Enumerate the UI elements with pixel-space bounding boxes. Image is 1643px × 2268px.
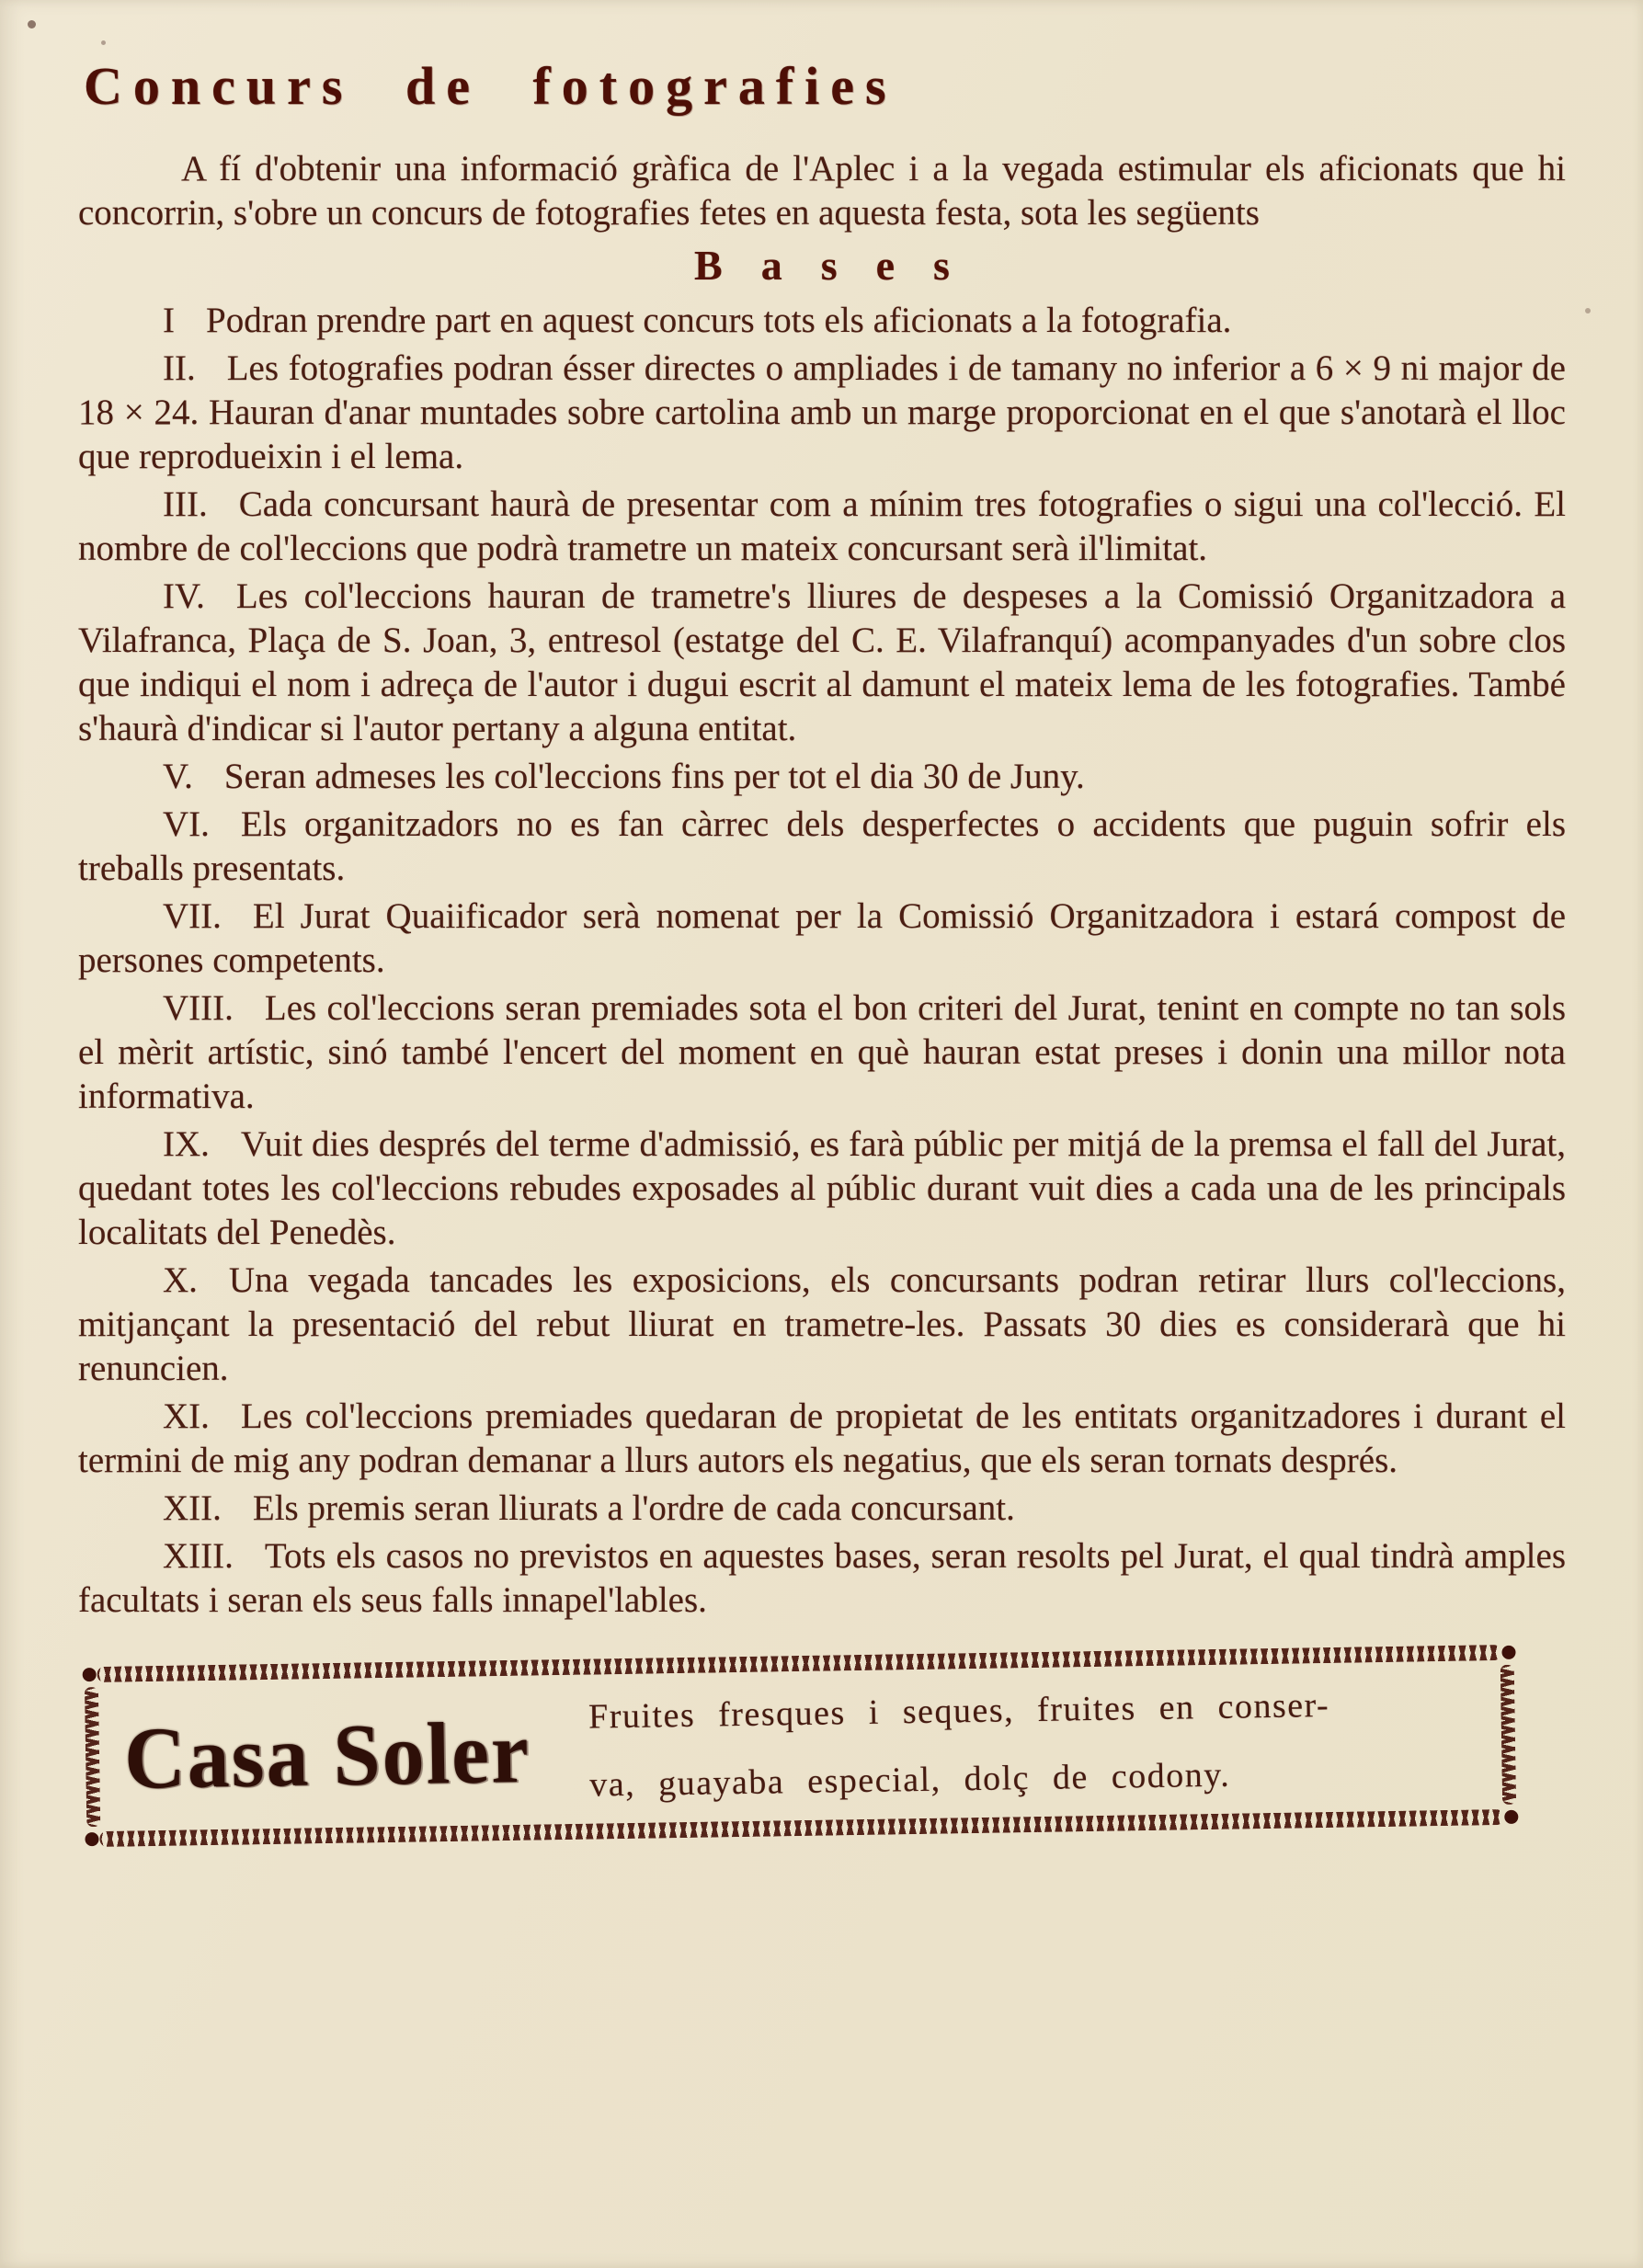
border-corner-dot <box>1501 1646 1515 1659</box>
border-corner-dot <box>1504 1810 1518 1824</box>
base-numeral: II. <box>163 348 227 388</box>
base-numeral: XII. <box>163 1488 253 1528</box>
base-text: Les col'leccions premiades quedaran de p… <box>78 1396 1566 1480</box>
advertisement-text: Fruites fresques i seques, fruites en co… <box>588 1669 1473 1818</box>
base-numeral: III. <box>163 484 239 524</box>
base-text: Els premis seran lliurats a l'ordre de c… <box>253 1488 1015 1528</box>
document-content: Concurs de fotografies A fí d'obtenir un… <box>78 57 1566 1836</box>
paper-speck <box>28 20 36 28</box>
base-item-7: VII.El Jurat Quaiificador serà nomenat p… <box>78 895 1566 983</box>
base-item-2: II.Les fotografies podran ésser directes… <box>78 347 1566 479</box>
intro-paragraph: A fí d'obtenir una informació gràfica de… <box>78 147 1566 235</box>
base-numeral: I <box>163 301 206 340</box>
border-corner-dot <box>83 1668 97 1681</box>
base-item-12: XII.Els premis seran lliurats a l'ordre … <box>78 1487 1566 1531</box>
base-numeral: VI. <box>163 804 241 844</box>
base-numeral: XI. <box>163 1396 241 1436</box>
base-text: Tots els casos no previstos en aquestes … <box>78 1536 1566 1620</box>
base-numeral: XIII. <box>163 1536 265 1576</box>
base-text: Vuit dies després del terme d'admissió, … <box>78 1124 1566 1252</box>
scanned-document-page: Concurs de fotografies A fí d'obtenir un… <box>0 0 1643 2268</box>
base-text: Una vegada tancades les exposicions, els… <box>78 1260 1566 1388</box>
base-item-3: III.Cada concursant haurà de presentar c… <box>78 483 1566 571</box>
base-item-13: XIII.Tots els casos no previstos en aque… <box>78 1534 1566 1623</box>
paper-speck <box>1585 308 1591 313</box>
base-item-10: X.Una vegada tancades les exposicions, e… <box>78 1259 1566 1391</box>
base-text: Les fotografies podran ésser directes o … <box>78 348 1566 476</box>
base-item-4: IV.Les col'leccions hauran de trametre's… <box>78 575 1566 751</box>
base-item-9: IX.Vuit dies després del terme d'admissi… <box>78 1123 1566 1255</box>
advertiser-name: Casa Soler <box>123 1708 531 1803</box>
base-numeral: V. <box>163 757 224 796</box>
bases-heading: Bases <box>78 241 1566 290</box>
base-text: Les col'leccions hauran de trametre's ll… <box>78 576 1566 748</box>
base-item-8: VIII.Les col'leccions seran premiades so… <box>78 986 1566 1119</box>
base-numeral: IX. <box>163 1124 241 1164</box>
base-text: Cada concursant haurà de presentar com a… <box>78 484 1566 568</box>
base-item-6: VI.Els organitzadors no es fan càrrec de… <box>78 803 1566 891</box>
base-numeral: VIII. <box>163 988 265 1028</box>
advertisement-box: Casa Soler Fruites fresques i seques, fr… <box>85 1645 1517 1847</box>
base-text: Podran prendre part en aquest concurs to… <box>206 301 1231 340</box>
base-numeral: VII. <box>163 896 253 936</box>
base-text: Les col'leccions seran premiades sota el… <box>78 988 1566 1116</box>
page-title: Concurs de fotografies <box>84 57 1566 116</box>
ad-text-line-2: va, guayaba especial, dolç de codony. <box>589 1737 1472 1818</box>
paper-speck <box>101 40 106 45</box>
border-corner-dot <box>85 1832 98 1846</box>
ornamental-border-left <box>85 1687 100 1827</box>
base-item-1: IPodran prendre part en aquest concurs t… <box>78 299 1566 343</box>
base-text: Seran admeses les col'leccions fins per … <box>224 757 1085 796</box>
bases-list: IPodran prendre part en aquest concurs t… <box>78 299 1566 1623</box>
base-numeral: IV. <box>163 576 236 616</box>
base-text: Els organitzadors no es fan càrrec dels … <box>78 804 1566 888</box>
base-item-5: V.Seran admeses les col'leccions fins pe… <box>78 755 1566 799</box>
base-text: El Jurat Quaiificador serà nomenat per l… <box>78 896 1566 980</box>
ornamental-border-right <box>1500 1665 1516 1805</box>
base-numeral: X. <box>163 1260 229 1300</box>
base-item-11: XI.Les col'leccions premiades quedaran d… <box>78 1395 1566 1483</box>
